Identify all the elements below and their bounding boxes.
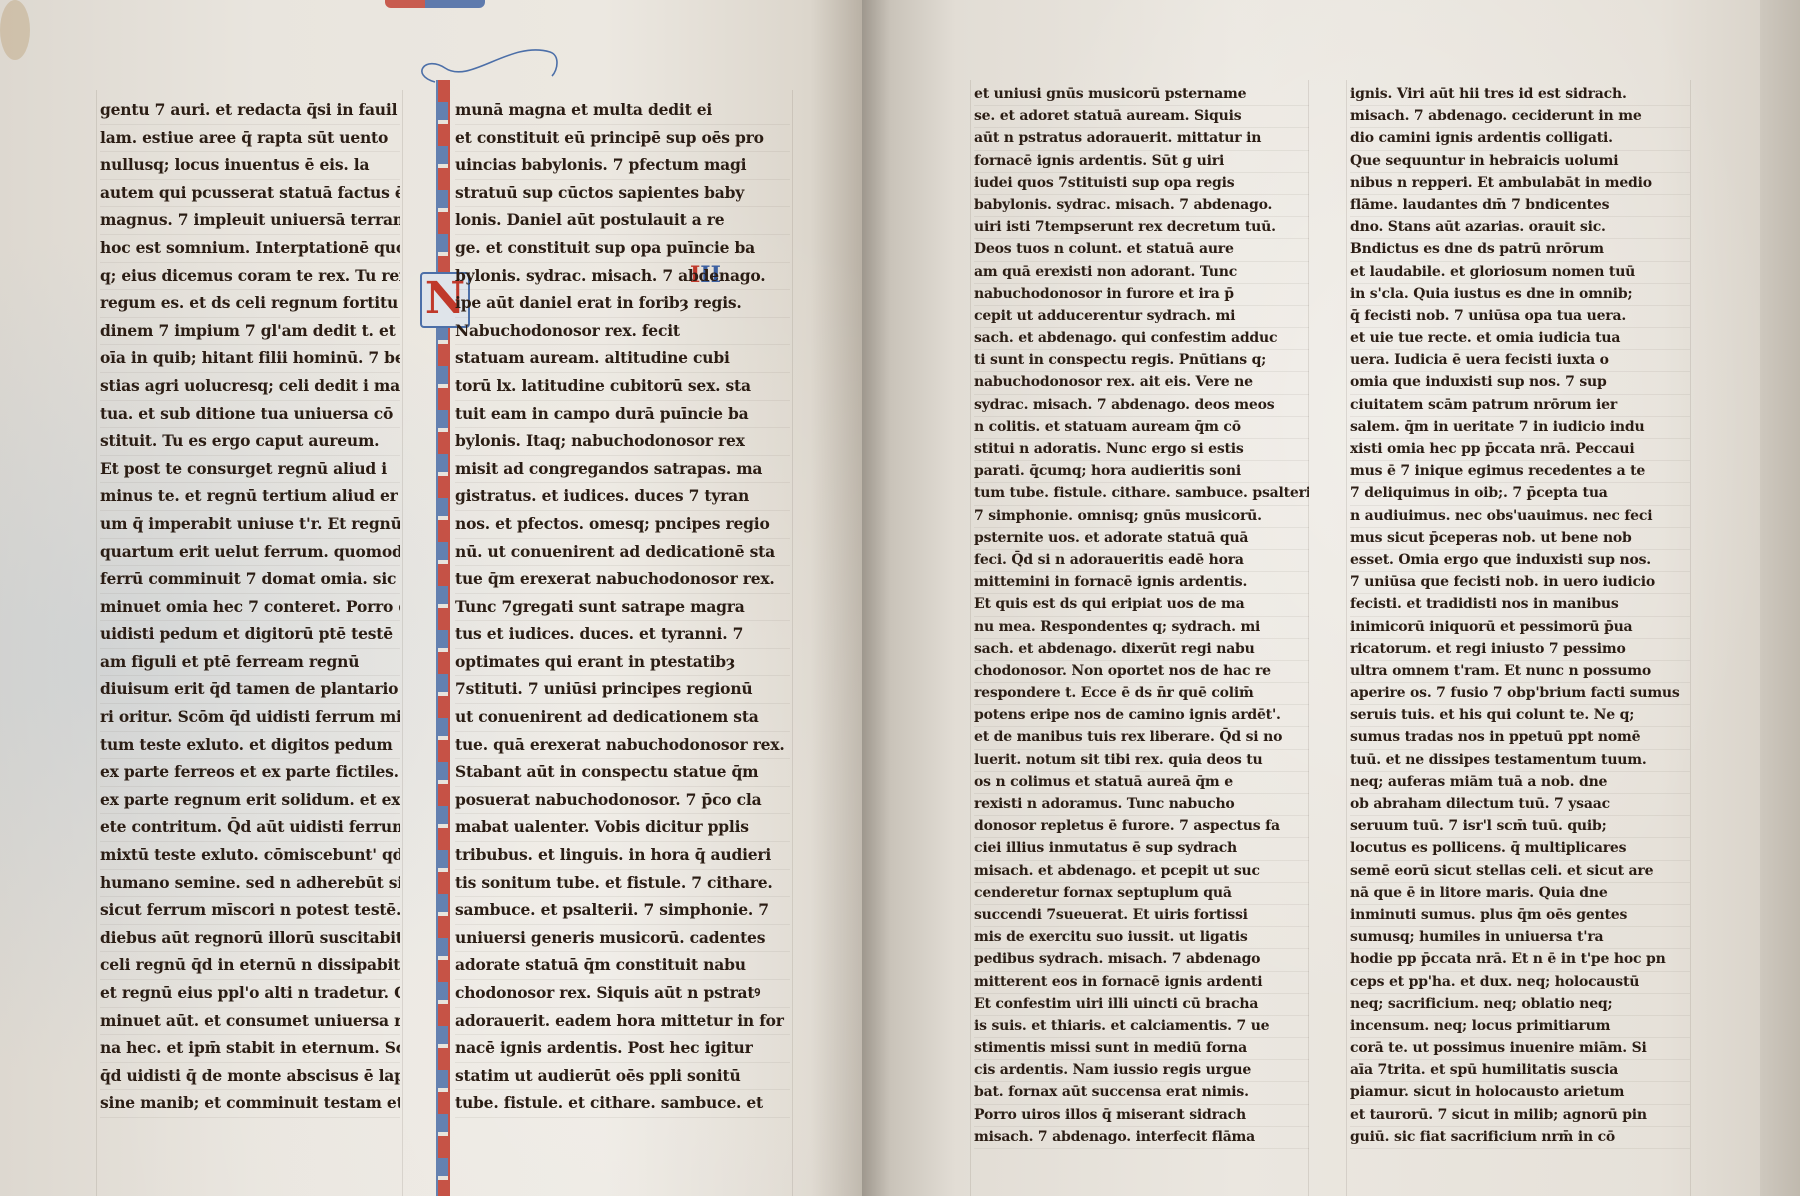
- text-line: um q̄ imperabit uniuse t'r. Et regnū: [100, 511, 400, 539]
- text-line: am quā erexisti non adorant. Tunc: [974, 262, 1309, 284]
- text-line: q; eius dicemus coram te rex. Tu rex: [100, 263, 400, 291]
- text-line: munā magna et multa dedit ei: [455, 97, 790, 125]
- text-line: seruis tuis. et his qui colunt te. Ne q;: [1350, 705, 1690, 727]
- text-line: nacē ignis ardentis. Post hec igitur: [455, 1035, 790, 1063]
- text-line: sine manib; et comminuit testam et: [100, 1090, 400, 1118]
- text-line: mus ē 7 inique egimus recedentes a te: [1350, 461, 1690, 483]
- text-line: am figuli et ptē ferream regnū: [100, 649, 400, 677]
- ruling-line: [96, 90, 97, 1196]
- text-line: bylonis. sydrac. misach. 7 abdenago.: [455, 263, 790, 291]
- text-line: ciei illius inmutatus ē sup sydrach: [974, 838, 1309, 860]
- text-line: autem qui pcusserat statuā factus ē mōs: [100, 180, 400, 208]
- text-line: statim ut audierūt oēs ppli sonitū: [455, 1063, 790, 1091]
- text-line: et uie tue recte. et omia iudicia tua: [1350, 328, 1690, 350]
- text-line: lonis. Daniel aūt postulauit a re: [455, 207, 790, 235]
- text-line: ultra omnem t'ram. Et nunc n possumo: [1350, 661, 1690, 683]
- ruling-line: [1346, 80, 1347, 1196]
- text-line: cenderetur fornax septuplum quā: [974, 883, 1309, 905]
- text-line: flāme. laudantes dm̄ 7 bndicentes: [1350, 195, 1690, 217]
- text-line: Nabuchodonosor rex. fecit: [455, 318, 790, 346]
- text-line: minuet omia hec 7 conteret. Porro q̄: [100, 594, 400, 622]
- text-line: ex parte ferreos et ex parte fictiles. e…: [100, 759, 400, 787]
- text-line: stratuū sup cūctos sapientes baby: [455, 180, 790, 208]
- text-line: uincias babylonis. 7 pfectum magi: [455, 152, 790, 180]
- text-line: babylonis. sydrac. misach. 7 abdenago.: [974, 195, 1309, 217]
- text-line: psternite uos. et adorate statuā quā: [974, 528, 1309, 550]
- text-line: ricatorum. et regi iniusto 7 pessimo: [1350, 639, 1690, 661]
- text-line: uidisti pedum et digitorū ptē testē: [100, 621, 400, 649]
- text-line: ete contritum. Q̄d aūt uidisti ferrum: [100, 814, 400, 842]
- text-line: Bndictus es dne ds patrū nrōrum: [1350, 239, 1690, 261]
- text-line: et uniusi gnūs musicorū pstername: [974, 84, 1309, 106]
- text-line: potens eripe nos de camino ignis ardēt'.: [974, 705, 1309, 727]
- text-line: 7 deliquimus in oib;. 7 p̄cepta tua: [1350, 483, 1690, 505]
- water-stain: [0, 0, 30, 60]
- text-line: feci. Q̄d si n adoraueritis eadē hora: [974, 550, 1309, 572]
- text-line: corā te. ut possimus inuenire miām. Si: [1350, 1038, 1690, 1060]
- text-line: nā que ē in litore maris. Quia dne: [1350, 883, 1690, 905]
- text-line: stitui n adoratis. Nunc ergo si estis: [974, 439, 1309, 461]
- text-line: tum tube. fistule. cithare. sambuce. psa…: [974, 483, 1309, 505]
- text-line: Tunc 7gregati sunt satrape magra: [455, 594, 790, 622]
- text-line: ut conuenirent ad dedicationem sta: [455, 704, 790, 732]
- text-line: mittemini in fornacē ignis ardentis.: [974, 572, 1309, 594]
- text-line: inminuti sumus. plus q̄m oēs gentes: [1350, 905, 1690, 927]
- text-column-c: et uniusi gnūs musicorū psternamese. et …: [974, 84, 1309, 1149]
- text-line: piamur. sicut in holocausto arietum: [1350, 1082, 1690, 1104]
- text-line: mabat ualenter. Vobis dicitur pplis: [455, 814, 790, 842]
- text-line: ge. et constituit sup opa puīncie ba: [455, 235, 790, 263]
- text-line: ri oritur. Scōm q̄d uidisti ferrum mixtū: [100, 704, 400, 732]
- ruling-line: [1690, 80, 1691, 1196]
- text-line: iudei quos 7stituisti sup opa regis: [974, 173, 1309, 195]
- text-line: donosor repletus ē furore. 7 aspectus fa: [974, 816, 1309, 838]
- text-line: mixtū teste exluto. cōmiscebunt' qd: [100, 842, 400, 870]
- text-line: Deos tuos n colunt. et statuā aure: [974, 239, 1309, 261]
- text-line: pedibus sydrach. misach. 7 abdenago: [974, 949, 1309, 971]
- text-line: dno. Stans aūt azarias. orauit sic.: [1350, 217, 1690, 239]
- ruling-line: [792, 90, 793, 1196]
- text-line: sumus tradas nos in ppetuū ppt nomē: [1350, 727, 1690, 749]
- text-line: esset. Omia ergo que induxisti sup nos.: [1350, 550, 1690, 572]
- text-line: et laudabile. et gloriosum nomen tuū: [1350, 262, 1690, 284]
- text-line: se. et adoret statuā auream. Siquis: [974, 106, 1309, 128]
- text-line: ceps et pp'ha. et dux. neq; holocaustū: [1350, 972, 1690, 994]
- text-line: sumusq; humiles in uniuersa t'ra: [1350, 927, 1690, 949]
- text-line: magnus. 7 impleuit uniuersā terram.: [100, 207, 400, 235]
- text-line: celi regnū q̄d in eternū n dissipabit'.: [100, 952, 400, 980]
- text-line: et taurorū. 7 sicut in milib; agnorū pin: [1350, 1105, 1690, 1127]
- text-line: rexisti n adoramus. Tunc nabucho: [974, 794, 1309, 816]
- text-line: tue. quā erexerat nabuchodonosor rex.: [455, 732, 790, 760]
- text-line: respondere t. Ecce ē ds n̄r quē colim̄: [974, 683, 1309, 705]
- text-line: aīa 7trita. et spū humilitatis suscia: [1350, 1060, 1690, 1082]
- text-line: guiū. sic fiat sacrificium nrm̄ in cō: [1350, 1127, 1690, 1149]
- text-line: nū. ut conuenirent ad dedicationē sta: [455, 539, 790, 567]
- text-line: ignis. Viri aūt hii tres id est sidrach.: [1350, 84, 1690, 106]
- text-line: posuerat nabuchodonosor. 7 p̄co cla: [455, 787, 790, 815]
- text-line: statuam auream. altitudine cubi: [455, 345, 790, 373]
- text-line: hoc est somnium. Interptationē quo: [100, 235, 400, 263]
- text-line: incensum. neq; locus primitiarum: [1350, 1016, 1690, 1038]
- text-line: misit ad congregandos satrapas. ma: [455, 456, 790, 484]
- text-line: chodonosor rex. Siquis aūt n pstratꝰ: [455, 980, 790, 1008]
- text-line: uniuersi generis musicorū. cadentes: [455, 925, 790, 953]
- text-line: tis sonitum tube. et fistule. 7 cithare.: [455, 870, 790, 898]
- text-line: tuit eam in campo durā puīncie ba: [455, 401, 790, 429]
- text-line: n colitis. et statuam auream q̄m cō: [974, 417, 1309, 439]
- text-line: tuū. et ne dissipes testamentum tuum.: [1350, 750, 1690, 772]
- text-column-d: ignis. Viri aūt hii tres id est sidrach.…: [1350, 84, 1690, 1149]
- text-line: optimates qui erant in ptestatibȝ: [455, 649, 790, 677]
- text-line: ex parte regnum erit solidum. et ex pte: [100, 787, 400, 815]
- text-line: uiri isti 7tempserunt rex decretum tuū.: [974, 217, 1309, 239]
- text-line: et constituit eū principē sup oēs pro: [455, 125, 790, 153]
- text-line: tum teste exluto. et digitos pedum: [100, 732, 400, 760]
- decorative-border-bar: [436, 80, 450, 1196]
- ruling-line: [402, 90, 403, 1196]
- text-line: tua. et sub ditione tua uniuersa cō: [100, 401, 400, 429]
- text-line: ti sunt in conspectu regis. Pnūtians q;: [974, 350, 1309, 372]
- text-line: Porro uiros illos q̄ miserant sidrach: [974, 1105, 1309, 1127]
- text-line: quartum erit uelut ferrum. quomodo: [100, 539, 400, 567]
- text-line: luerit. notum sit tibi rex. quia deos tu: [974, 750, 1309, 772]
- text-line: Que sequuntur in hebraicis uolumi: [1350, 151, 1690, 173]
- text-line: seruum tuū. 7 isr'l scm̄ tuū. quib;: [1350, 816, 1690, 838]
- text-line: dio camini ignis ardentis colligati.: [1350, 128, 1690, 150]
- right-page: et uniusi gnūs musicorū psternamese. et …: [862, 0, 1800, 1196]
- text-line: Et confestim uiri illi uincti cū bracha: [974, 994, 1309, 1016]
- text-line: semē eorū sicut stellas celi. et sicut a…: [1350, 861, 1690, 883]
- text-line: diuisum erit q̄d tamen de plantario fer: [100, 676, 400, 704]
- text-line: humano semine. sed n adherebūt sibi: [100, 870, 400, 898]
- text-line: in s'cla. Quia iustus es dne in omnib;: [1350, 284, 1690, 306]
- text-line: ipe aūt daniel erat in foribȝ regis.: [455, 290, 790, 318]
- text-line: nabuchodonosor rex. ait eis. Vere ne: [974, 372, 1309, 394]
- text-line: nabuchodonosor in furore et ira p̄: [974, 284, 1309, 306]
- text-line: misach. 7 abdenago. ceciderunt in me: [1350, 106, 1690, 128]
- text-line: ob abraham dilectum tuū. 7 ysaac: [1350, 794, 1690, 816]
- text-line: misach. et abdenago. et pcepit ut suc: [974, 861, 1309, 883]
- text-line: nullusq; locus inuentus ē eis. la: [100, 152, 400, 180]
- text-line: stituit. Tu es ergo caput aureum.: [100, 428, 400, 456]
- text-line: minus te. et regnū tertium aliud er: [100, 483, 400, 511]
- text-line: dinem 7 impium 7 gl'am dedit t. et: [100, 318, 400, 346]
- text-line: cepit ut adducerentur sydrach. mi: [974, 306, 1309, 328]
- text-line: fecisti. et tradidisti nos in manibus: [1350, 594, 1690, 616]
- text-line: minuet aūt. et consumet uniuersa reg: [100, 1008, 400, 1036]
- text-line: is suis. et thiaris. et calciamentis. 7 …: [974, 1016, 1309, 1038]
- text-line: nibus n repperi. Et ambulabāt in medio: [1350, 173, 1690, 195]
- text-line: tue q̄m erexerat nabuchodonosor rex.: [455, 566, 790, 594]
- text-line: stimentis missi sunt in mediū forna: [974, 1038, 1309, 1060]
- text-line: 7stituti. 7 uniūsi principes regionū: [455, 676, 790, 704]
- top-decoration-fragment: [385, 0, 485, 8]
- text-line: 7 uniūsa que fecisti nob. in uero iudici…: [1350, 572, 1690, 594]
- text-line: aperire os. 7 fusio 7 obp'brium facti su…: [1350, 683, 1690, 705]
- text-line: q̄d uidisti q̄ de monte abscisus ē lapis: [100, 1063, 400, 1091]
- text-line: parati. q̄cumq; hora audieritis soni: [974, 461, 1309, 483]
- text-line: oīa in quib; hitant filii hominū. 7 be: [100, 345, 400, 373]
- text-line: 7 simphonie. omnisq; gnūs musicorū.: [974, 506, 1309, 528]
- text-line: inimicorū iniquorū et pessimorū p̄ua: [1350, 617, 1690, 639]
- text-line: q̄ fecisti nob. 7 uniūsa opa tua uera.: [1350, 306, 1690, 328]
- text-line: hodie pp p̄ccata nrā. Et n ē in t'pe hoc…: [1350, 949, 1690, 971]
- text-line: n audiuimus. nec obs'uauimus. nec feci: [1350, 506, 1690, 528]
- text-line: Stabant aūt in conspectu statue q̄m: [455, 759, 790, 787]
- text-line: et regnū eius ppl'o alti n tradetur. Cō: [100, 980, 400, 1008]
- text-line: et de manibus tuis rex liberare. Q̄d si …: [974, 727, 1309, 749]
- text-line: xisti omia hec pp p̄ccata nrā. Peccaui: [1350, 439, 1690, 461]
- text-line: bat. fornax aūt succensa erat nimis.: [974, 1082, 1309, 1104]
- text-line: Et post te consurget regnū aliud i: [100, 456, 400, 484]
- text-line: omia que induxisti sup nos. 7 sup: [1350, 372, 1690, 394]
- flourish-ornament-icon: [400, 30, 580, 90]
- text-line: sach. et abdenago. dixerūt regi nabu: [974, 639, 1309, 661]
- text-line: stias agri uolucresq; celi dedit i manu: [100, 373, 400, 401]
- ruling-line: [970, 80, 971, 1196]
- text-line: mitterent eos in fornacē ignis ardenti: [974, 972, 1309, 994]
- text-line: regum es. et ds celi regnum fortitu: [100, 290, 400, 318]
- text-line: adorauerit. eadem hora mittetur in for: [455, 1008, 790, 1036]
- text-line: sach. et abdenago. qui confestim adduc: [974, 328, 1309, 350]
- text-line: Et quis est ds qui eripiat uos de ma: [974, 594, 1309, 616]
- text-line: sicut ferrum mīscori n potest testē. In: [100, 897, 400, 925]
- text-line: bylonis. Itaq; nabuchodonosor rex: [455, 428, 790, 456]
- text-line: tribubus. et linguis. in hora q̄ audieri: [455, 842, 790, 870]
- text-line: na hec. et ipm̄ stabit in eternum. Scd̄ȝ: [100, 1035, 400, 1063]
- text-line: uera. Iudicia ē uera fecisti iuxta o: [1350, 350, 1690, 372]
- left-page: N III gentu 7 auri. et redacta q̄si in f…: [0, 0, 862, 1196]
- text-line: salem. q̄m in ueritate 7 in iudicio indu: [1350, 417, 1690, 439]
- text-line: neq; auferas miām tuā a nob. dne: [1350, 772, 1690, 794]
- text-line: chodonosor. Non oportet nos de hac re: [974, 661, 1309, 683]
- text-line: gistratus. et iudices. duces 7 tyran: [455, 483, 790, 511]
- text-line: diebus aūt regnorū illorū suscitabit ds: [100, 925, 400, 953]
- text-line: cis ardentis. Nam iussio regis urgue: [974, 1060, 1309, 1082]
- text-line: tube. fistule. et cithare. sambuce. et: [455, 1090, 790, 1118]
- text-line: aūt n pstratus adorauerit. mittatur in: [974, 128, 1309, 150]
- text-line: sydrac. misach. 7 abdenago. deos meos: [974, 395, 1309, 417]
- text-line: neq; sacrificium. neq; oblatio neq;: [1350, 994, 1690, 1016]
- text-line: ferrū comminuit 7 domat omia. sic cō: [100, 566, 400, 594]
- text-line: misach. 7 abdenago. interfecit flāma: [974, 1127, 1309, 1149]
- text-line: locutus es pollicens. q̄ multiplicares: [1350, 838, 1690, 860]
- text-line: adorate statuā q̄m constituit nabu: [455, 952, 790, 980]
- text-line: mus sicut p̄ceperas nob. ut bene nob: [1350, 528, 1690, 550]
- text-line: lam. estiue aree q̄ rapta sūt uento: [100, 125, 400, 153]
- text-column-a: gentu 7 auri. et redacta q̄si in fauilla…: [100, 97, 400, 1118]
- text-line: succendi 7sueuerat. Et uiris fortissi: [974, 905, 1309, 927]
- text-line: mis de exercitu suo iussit. ut ligatis: [974, 927, 1309, 949]
- text-line: nos. et pfectos. omesq; pncipes regio: [455, 511, 790, 539]
- text-column-b: munā magna et multa dedit eiet constitui…: [455, 97, 790, 1118]
- page-edge: [1760, 0, 1800, 1196]
- text-line: sambuce. et psalterii. 7 simphonie. 7: [455, 897, 790, 925]
- text-line: os n colimus et statuā aureā q̄m e: [974, 772, 1309, 794]
- text-line: tus et iudices. duces. et tyranni. 7: [455, 621, 790, 649]
- text-line: fornacē ignis ardentis. Sūt g uiri: [974, 151, 1309, 173]
- text-line: torū lx. latitudine cubitorū sex. sta: [455, 373, 790, 401]
- text-line: ciuitatem scām patrum nrōrum ier: [1350, 395, 1690, 417]
- text-line: nu mea. Respondentes q; sydrach. mi: [974, 617, 1309, 639]
- text-line: gentu 7 auri. et redacta q̄si in fauil: [100, 97, 400, 125]
